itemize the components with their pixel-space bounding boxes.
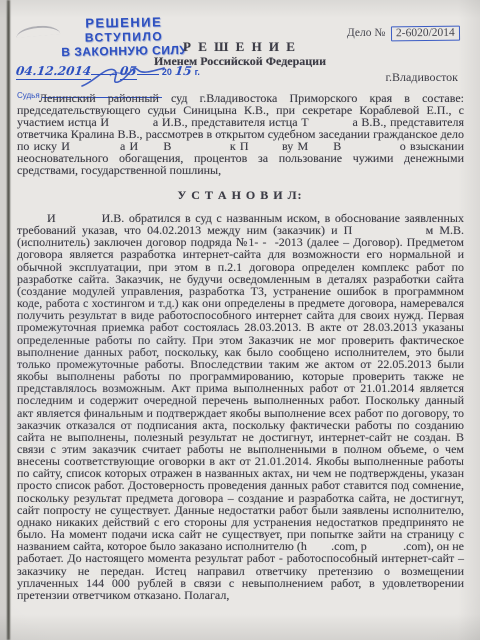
pen-mark: [16, 24, 61, 38]
document-subtitle: Именем Российской Федерации: [0, 54, 480, 69]
body-paragraph: И И.В. обратился в суд с названным иском…: [17, 212, 464, 601]
page-edge-line: [7, 0, 10, 640]
intro-paragraph: Ленинский районный суд г.Владивостока Пр…: [17, 92, 464, 176]
scanned-court-decision-photo: РЕШЕНИЕ ВСТУПИЛО В ЗАКОННУЮ СИЛУ 04.12.2…: [0, 0, 480, 640]
case-number-label: Дело №: [347, 27, 385, 39]
city-label: г.Владивосток: [385, 70, 458, 85]
document-title: Р Е Ш Е Н И Е: [0, 39, 480, 55]
ustanovil-heading: У С Т А Н О В И Л:: [0, 188, 480, 203]
